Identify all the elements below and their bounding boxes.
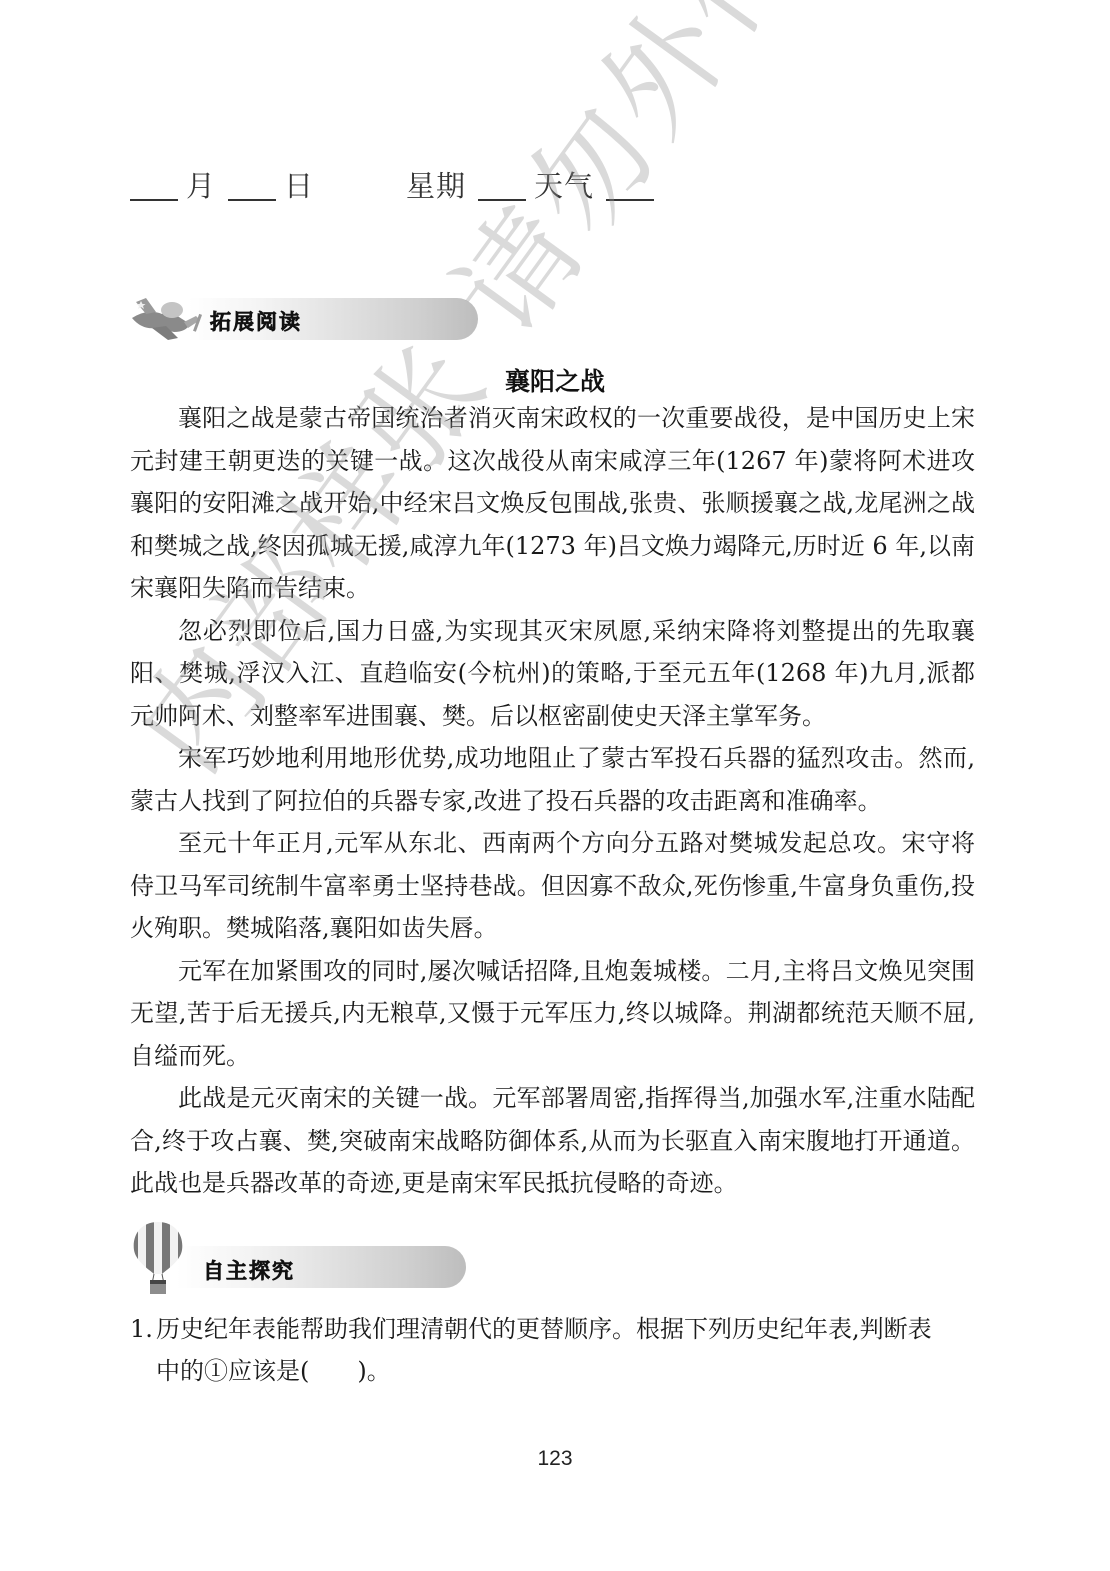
question-line-1: 1.历史纪年表能帮助我们理清朝代的更替顺序。根据下列历史纪年表,判断表 [130,1308,975,1350]
weather-blank[interactable] [606,169,654,201]
weekday-blank[interactable] [478,169,526,201]
page-number: 123 [0,1447,1110,1471]
article-paragraph: 元军在加紧围攻的同时,屡次喊话招降,且炮轰城楼。二月,主将吕文焕见突围无望,苦于… [130,950,975,1078]
date-weather-line: 月 日 星期 天气 [130,165,662,205]
textbook-page: 月 日 星期 天气 拓展阅读 襄阳之战 襄阳之战是蒙古帝国统治者消灭南宋政权的一… [0,0,1110,1571]
day-label: 日 [284,164,314,205]
article-paragraph: 此战是元灭南宋的关键一战。元军部署周密,指挥得当,加强水军,注重水陆配合,终于攻… [130,1077,975,1205]
question-line-2[interactable]: 中的①应该是( )。 [130,1350,975,1392]
day-blank[interactable] [228,169,276,201]
section-header-explore: 自主探究 [128,1218,358,1298]
question-number: 1. [130,1308,156,1350]
section-label: 拓展阅读 [210,306,302,336]
section-label: 自主探究 [203,1255,295,1285]
article-paragraph: 至元十年正月,元军从东北、西南两个方向分五路对樊城发起总攻。宋守将侍卫马军司统制… [130,822,975,950]
article-title: 襄阳之战 [0,362,1110,398]
article-paragraph: 襄阳之战是蒙古帝国统治者消灭南宋政权的一次重要战役，是中国历史上宋元封建王朝更迭… [130,397,975,610]
airplane-icon [128,288,208,344]
article-paragraph: 忽必烈即位后,国力日盛,为实现其灭宋夙愿,采纳宋降将刘整提出的先取襄阳、樊城,浮… [130,610,975,738]
section-header-reading: 拓展阅读 [128,288,358,348]
hot-air-balloon-icon [128,1218,188,1298]
month-blank[interactable] [130,169,178,201]
weekday-label: 星期 [406,164,466,205]
month-label: 月 [186,164,216,205]
weather-label: 天气 [534,164,594,205]
question-1: 1.历史纪年表能帮助我们理清朝代的更替顺序。根据下列历史纪年表,判断表 中的①应… [130,1308,975,1392]
article-paragraph: 宋军巧妙地利用地形优势,成功地阻止了蒙古军投石兵器的猛烈攻击。然而,蒙古人找到了… [130,737,975,822]
question-text: 历史纪年表能帮助我们理清朝代的更替顺序。根据下列历史纪年表,判断表 [156,1315,932,1343]
article-body: 襄阳之战是蒙古帝国统治者消灭南宋政权的一次重要战役，是中国历史上宋元封建王朝更迭… [130,397,975,1205]
